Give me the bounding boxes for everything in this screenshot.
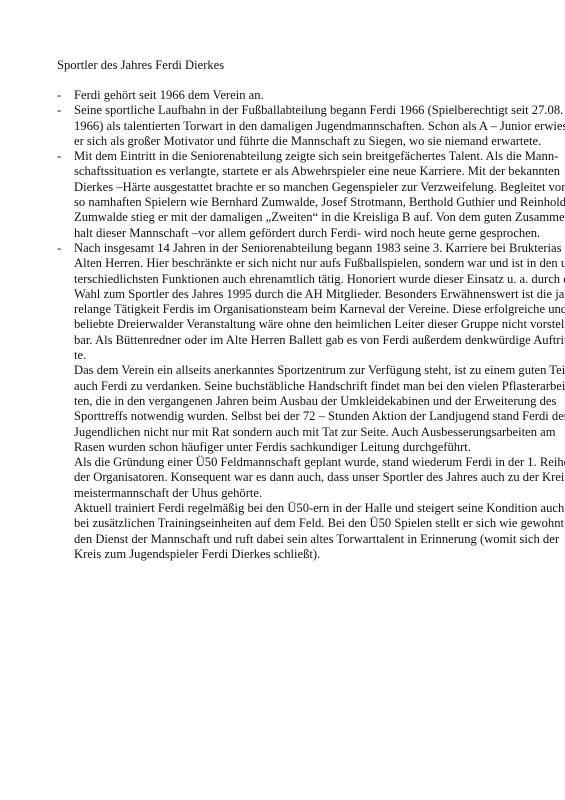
- bullet-dash: -: [57, 149, 61, 164]
- text-line: Mit dem Eintritt in die Seniorenabteilun…: [74, 149, 537, 164]
- text-line: 1966) als talentierten Torwart in den da…: [74, 119, 537, 134]
- text-line: schaftssituation es verlangte, startete …: [74, 164, 537, 179]
- text-line: Seine sportliche Laufbahn in der Fußball…: [74, 103, 537, 118]
- text-line: Als die Gründung einer Ü50 Feldmannschaf…: [74, 455, 537, 470]
- bullet-item-2: - Seine sportliche Laufbahn in der Fußba…: [57, 103, 537, 149]
- text-line: Rasen wurden schon häufiger unter Ferdis…: [74, 440, 537, 455]
- text-line: Das dem Verein ein allseits anerkanntes …: [74, 363, 537, 378]
- text-line: auch Ferdi zu verdanken. Seine buchstäbl…: [74, 379, 537, 394]
- text-line: so namhaften Spielern wie Bernhard Zumwa…: [74, 195, 537, 210]
- text-line: er sich als großer Motivator und führte …: [74, 134, 537, 149]
- text-line: meistermannschaft der Uhus gehörte.: [74, 486, 537, 501]
- paragraph-sportzentrum: Das dem Verein ein allseits anerkanntes …: [57, 363, 537, 455]
- text-line: bar. Als Büttenredner oder im Alte Herre…: [74, 333, 537, 348]
- text-line: Dierkes –Härte ausgestattet brachte er s…: [74, 180, 537, 195]
- document-title: Sportler des Jahres Ferdi Dierkes: [57, 58, 224, 73]
- document-page: Sportler des Jahres Ferdi Dierkes - Ferd…: [0, 0, 565, 800]
- text-line: der Organisatoren. Konsequent war es dan…: [74, 470, 537, 485]
- text-line: terschiedlichsten Funktionen auch ehrena…: [74, 272, 537, 287]
- bullet-dash: -: [57, 88, 61, 103]
- text-line: halt dieser Mannschaft –vor allem geförd…: [74, 226, 537, 241]
- text-line: relange Tätigkeit Ferdis im Organisation…: [74, 302, 537, 317]
- text-line: Kreis zum Jugendspieler Ferdi Dierkes sc…: [74, 547, 537, 562]
- text-line: Wahl zum Sportler des Jahres 1995 durch …: [74, 287, 537, 302]
- text-line: Alten Herren. Hier beschränkte er sich n…: [74, 256, 537, 271]
- document-body: - Ferdi gehört seit 1966 dem Verein an. …: [57, 88, 537, 562]
- text-line: Sporttreffs notwendig wurden. Selbst bei…: [74, 409, 537, 424]
- text-line: te.: [74, 348, 537, 363]
- text-line: bei zusätzlichen Trainingseinheiten auf …: [74, 516, 537, 531]
- text-line: den Dienst der Mannschaft und ruft dabei…: [74, 532, 537, 547]
- text-line: Jugendlichen nicht nur mit Rat sondern a…: [74, 425, 537, 440]
- text-line: Aktuell trainiert Ferdi regelmäßig bei d…: [74, 501, 537, 516]
- bullet-item-4: - Nach insgesamt 14 Jahren in der Senior…: [57, 241, 537, 363]
- text-line: Zumwalde stieg er mit der damaligen „Zwe…: [74, 210, 537, 225]
- text-line: beliebte Dreierwalder Veranstaltung wäre…: [74, 317, 537, 332]
- bullet-item-1: - Ferdi gehört seit 1966 dem Verein an.: [57, 88, 537, 103]
- bullet-dash: -: [57, 241, 61, 256]
- bullet-item-3: - Mit dem Eintritt in die Seniorenabteil…: [57, 149, 537, 241]
- paragraph-aktuell: Aktuell trainiert Ferdi regelmäßig bei d…: [57, 501, 537, 562]
- text-line: Ferdi gehört seit 1966 dem Verein an.: [74, 88, 537, 103]
- text-line: ten, die in den vergangenen Jahren beim …: [74, 394, 537, 409]
- bullet-dash: -: [57, 103, 61, 118]
- text-line: Nach insgesamt 14 Jahren in der Senioren…: [74, 241, 537, 256]
- paragraph-ue50-gruendung: Als die Gründung einer Ü50 Feldmannschaf…: [57, 455, 537, 501]
